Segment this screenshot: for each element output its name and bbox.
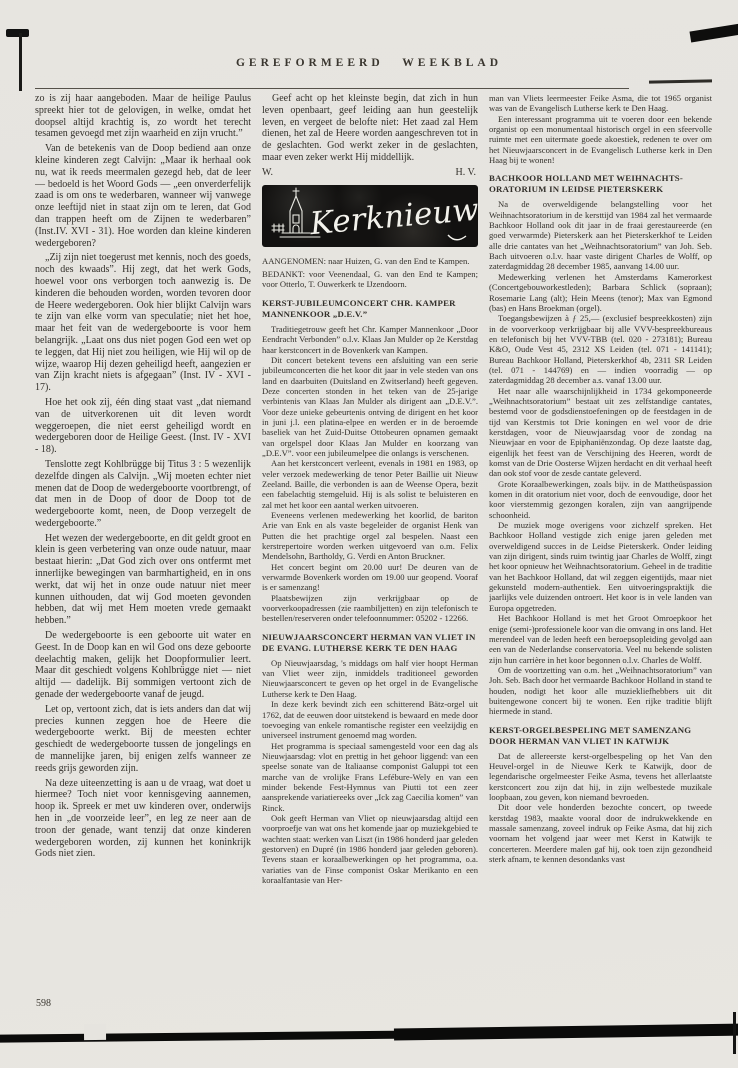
news-paragraph: Dit concert betekent tevens een afsluiti… bbox=[262, 355, 478, 458]
news-paragraph: Grote Koraalbewerkingen, zoals bijv. in … bbox=[489, 479, 712, 520]
article-paragraph: De wedergeboorte is een geboorte uit wat… bbox=[35, 630, 251, 701]
news-paragraph: Het concert begint om 20.00 uur! De deur… bbox=[262, 562, 478, 593]
announcement-aangenomen: AANGENOMEN: naar Huizen, G. van den End … bbox=[262, 256, 478, 266]
section-heading-kerstjubileumconcert: KERST-JUBILEUMCONCERT CHR. KAMPER MANNEN… bbox=[262, 298, 478, 320]
column-3: man van Vliets leermeester Feike Asma, d… bbox=[489, 93, 712, 885]
news-paragraph: Eveneens verlenen medewerking het koorli… bbox=[262, 510, 478, 562]
news-paragraph: Plaatsbewijzen zijn verkrijgbaar op de v… bbox=[262, 593, 478, 624]
news-paragraph: Het naar alle waarschijnlijkheid in 1734… bbox=[489, 386, 712, 479]
news-paragraph: De muziek moge overigens voor zichzelf s… bbox=[489, 520, 712, 613]
article-paragraph: Hoe het ook zij, één ding staat vast „da… bbox=[35, 397, 251, 456]
announcement-bedankt: BEDANKT: voor Veenendaal, G. van den End… bbox=[262, 269, 478, 290]
masthead-rule-right bbox=[649, 79, 712, 83]
news-paragraph: Dat de allereerste kerst-orgelbespeling … bbox=[489, 751, 712, 803]
article-paragraph: „Zij zijn niet toegerust met kennis, noc… bbox=[35, 252, 251, 394]
news-paragraph: In deze kerk bevindt zich een schitteren… bbox=[262, 699, 478, 740]
news-paragraph: Na de overweldigende belangstelling voor… bbox=[489, 199, 712, 271]
scan-mark-top-left bbox=[6, 29, 29, 37]
news-paragraph: Een interessant programma uit te voeren … bbox=[489, 114, 712, 166]
column-2: Geef acht op het kleinste begin, dat zic… bbox=[262, 93, 478, 885]
article-paragraph: Na deze uiteenzetting is aan u de vraag,… bbox=[35, 778, 251, 861]
page-columns: zo is zij haar aangeboden. Maar de heili… bbox=[35, 93, 712, 885]
news-paragraph: Dit door vele honderden bezochte concert… bbox=[489, 802, 712, 864]
scan-mark-top-right bbox=[689, 23, 738, 43]
section-heading-nieuwjaarsconcert: NIEUWJAARSCONCERT HERMAN VAN VLIET IN DE… bbox=[262, 632, 478, 654]
article-paragraph: Van de betekenis van de Doop bediend aan… bbox=[35, 143, 251, 249]
news-paragraph: Om de voortzetting van o.m. het „Weihnac… bbox=[489, 665, 712, 717]
signature-initial-right: H. V. bbox=[456, 167, 476, 179]
scan-band-gap bbox=[84, 1024, 106, 1040]
section-heading-bachkoor: BACHKOOR HOLLAND MET WEIHNACHTS-ORATORIU… bbox=[489, 173, 712, 195]
article-paragraph: Let op, vertoont zich, dat is iets ander… bbox=[35, 704, 251, 775]
kerknieuws-logo: Kerknieuws bbox=[262, 185, 478, 247]
news-paragraph: Toegangsbewijzen à ƒ 25,— (exclusief bes… bbox=[489, 313, 712, 385]
column-1: zo is zij haar aangeboden. Maar de heili… bbox=[35, 93, 251, 885]
article-signature: W. H. V. bbox=[262, 167, 476, 179]
news-paragraph: Medewerking verlenen het Amsterdams Kame… bbox=[489, 272, 712, 313]
article-paragraph: Geef acht op het kleinste begin, dat zic… bbox=[262, 93, 478, 164]
masthead-rule bbox=[35, 88, 629, 89]
page-title: GEREFORMEERD WEEKBLAD bbox=[0, 57, 738, 69]
news-paragraph: Op Nieuwjaarsdag, 's middags om half vie… bbox=[262, 658, 478, 699]
signature-initial-left: W. bbox=[262, 167, 273, 179]
news-paragraph: Het programma is speciaal samengesteld v… bbox=[262, 741, 478, 813]
newspaper-page: GEREFORMEERD WEEKBLAD zo is zij haar aan… bbox=[0, 0, 738, 1068]
scan-band-bottom-right bbox=[394, 1024, 738, 1041]
article-paragraph: zo is zij haar aangeboden. Maar de heili… bbox=[35, 93, 251, 140]
news-paragraph: man van Vliets leermeester Feike Asma, d… bbox=[489, 93, 712, 114]
article-paragraph: Het wezen der wedergeboorte, en dit geld… bbox=[35, 533, 251, 627]
page-number: 598 bbox=[36, 998, 51, 1009]
section-heading-katwijk: KERST-ORGELBESPELING MET SAMENZANG DOOR … bbox=[489, 725, 712, 747]
kerknieuws-logo-text: Kerknieuws bbox=[308, 190, 478, 242]
scan-edge-bottom-right bbox=[733, 1012, 736, 1054]
news-paragraph: Ook geeft Herman van Vliet op nieuwjaars… bbox=[262, 813, 478, 885]
news-paragraph: Aan het kerstconcert verleent, evenals i… bbox=[262, 458, 478, 510]
news-paragraph: Het Bachkoor Holland is met het Groot Om… bbox=[489, 613, 712, 665]
article-paragraph: Tenslotte zegt Kohlbrügge bij Titus 3 : … bbox=[35, 459, 251, 530]
news-paragraph: Traditiegetrouw geeft het Chr. Kamper Ma… bbox=[262, 324, 478, 355]
